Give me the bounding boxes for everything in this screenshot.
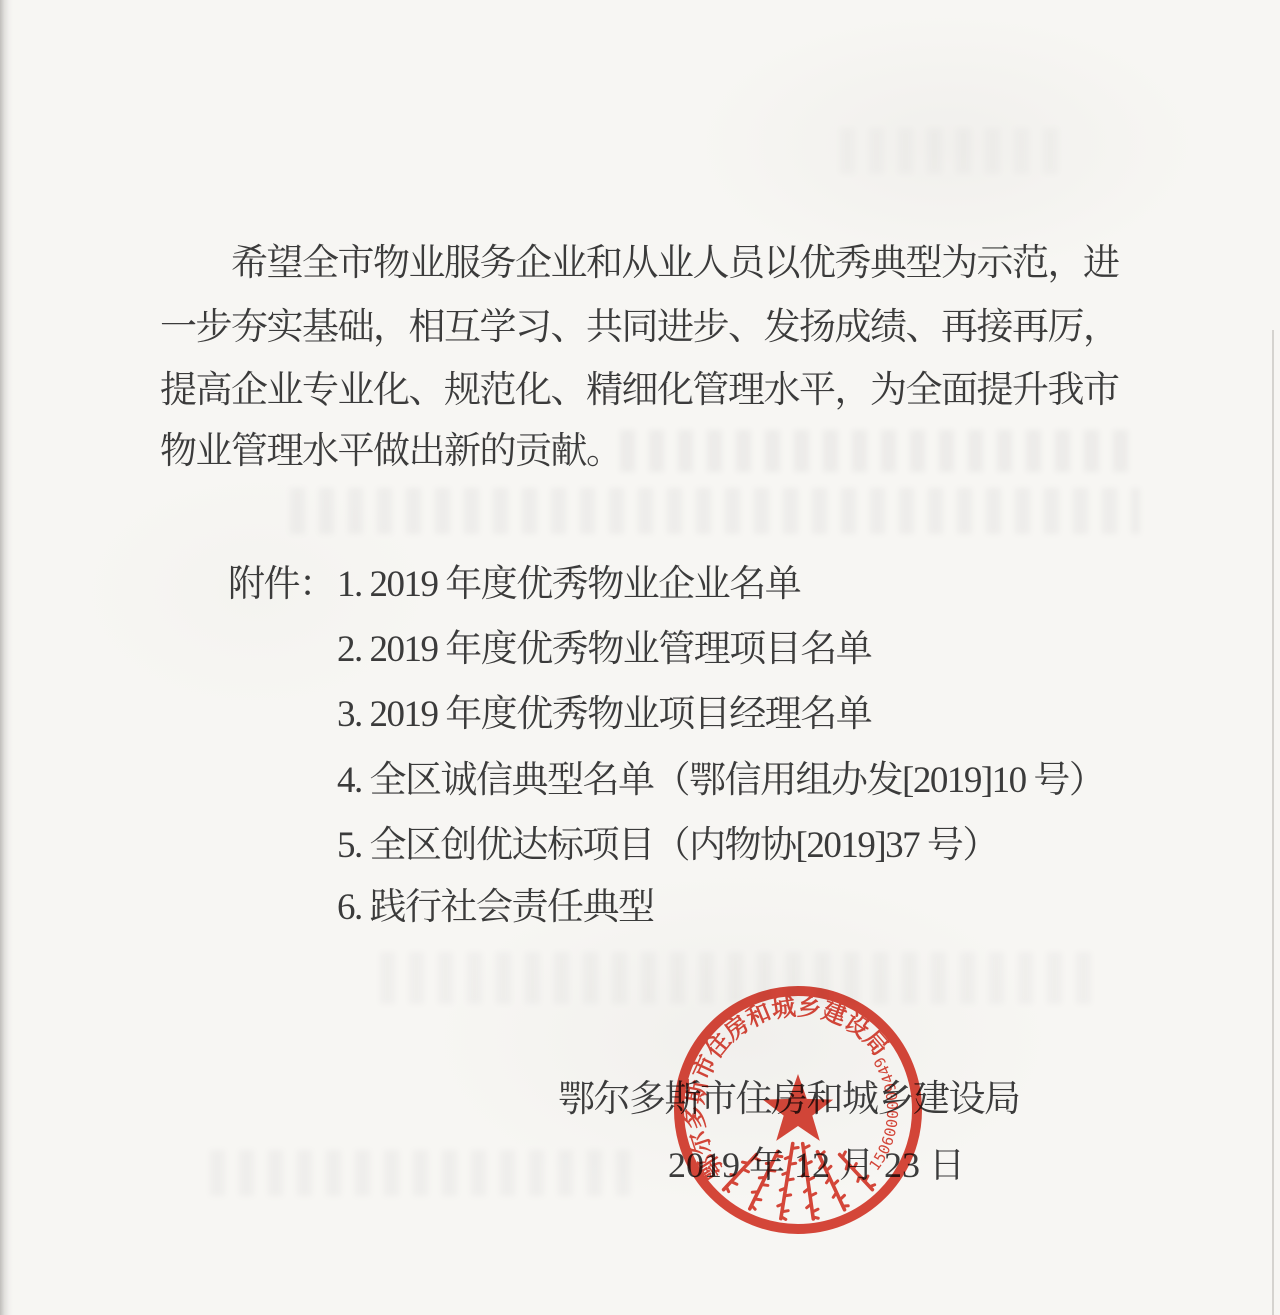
paragraph-line-2: 一步夯实基础，相互学习、共同进步、发扬成绩、再接再厉， (160, 308, 1119, 348)
attachment-item-5: 5. 全区创优达标项目（内物协[2019]37 号） (337, 826, 998, 866)
bleed-through-ghost (620, 430, 1140, 472)
paragraph-line-3: 提高企业专业化、规范化、精细化管理水平，为全面提升我市 (160, 371, 1119, 411)
paragraph-line-1: 希望全市物业服务企业和从业人员以优秀典型为示范，进 (231, 244, 1119, 284)
seal-mongolian-script (720, 1143, 877, 1220)
bleed-through-ghost (210, 1150, 630, 1196)
official-seal: 鄂尔多斯市住房和城乡建设局 1506000009449 (668, 980, 928, 1240)
paragraph-line-4: 物业管理水平做出新的贡献。 (160, 432, 622, 472)
bleed-through-ghost (290, 488, 1140, 534)
attachment-item-2: 2. 2019 年度优秀物业管理项目名单 (337, 630, 871, 670)
attachment-item-1: 1. 2019 年度优秀物业企业名单 (337, 565, 800, 605)
attachment-item-4: 4. 全区诚信典型名单（鄂信用组办发[2019]10 号） (337, 761, 1104, 801)
scan-edge-right (1272, 330, 1274, 1315)
bleed-through-ghost (840, 128, 1070, 174)
seal-code: 1506000009449 (865, 1053, 902, 1174)
star-icon (763, 1074, 833, 1141)
attachment-item-6: 6. 践行社会责任典型 (337, 888, 654, 928)
attachment-item-3: 3. 2019 年度优秀物业项目经理名单 (337, 695, 871, 735)
scan-edge-left (0, 0, 13, 1315)
attachments-label: 附件： (228, 565, 335, 605)
scanned-document-page: 希望全市物业服务企业和从业人员以优秀典型为示范，进 一步夯实基础，相互学习、共同… (0, 0, 1280, 1315)
